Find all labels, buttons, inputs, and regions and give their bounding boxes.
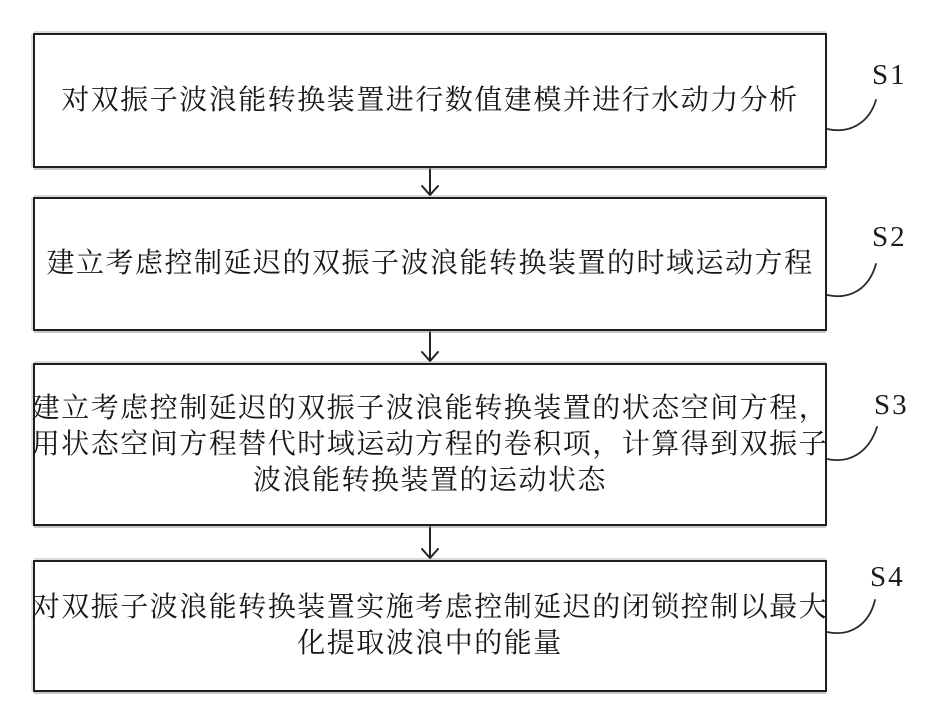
leader-line-s2 bbox=[827, 264, 876, 296]
flow-step-text: 建立考虑控制延迟的双振子波浪能转换装置的时域运动方程 bbox=[46, 246, 813, 282]
arrow-down-icon bbox=[422, 169, 438, 195]
patent-flowchart-figure: 对双振子波浪能转换装置进行数值建模并进行水动力分析 建立考虑控制延迟的双振子波浪… bbox=[0, 0, 925, 721]
flow-step-text: 对双振子波浪能转换装置实施考虑控制延迟的闭锁控制以最大 bbox=[32, 590, 829, 626]
flow-step-box-4: 对双振子波浪能转换装置实施考虑控制延迟的闭锁控制以最大 化提取波浪中的能量 bbox=[33, 560, 827, 692]
leader-line-s3 bbox=[827, 427, 877, 460]
flow-step-text: 建立考虑控制延迟的双振子波浪能转换装置的状态空间方程， bbox=[32, 391, 829, 427]
arrow-down-icon bbox=[422, 527, 438, 558]
flow-step-box-3: 建立考虑控制延迟的双振子波浪能转换装置的状态空间方程， 用状态空间方程替代时域运… bbox=[33, 363, 827, 526]
flow-step-text: 化提取波浪中的能量 bbox=[297, 626, 563, 662]
flow-step-text: 用状态空间方程替代时域运动方程的卷积项，计算得到双振子 bbox=[32, 427, 829, 463]
leader-line-s1 bbox=[827, 100, 876, 130]
step-label-s4: S4 bbox=[870, 561, 905, 594]
step-label-s2: S2 bbox=[872, 221, 907, 254]
flow-step-box-1: 对双振子波浪能转换装置进行数值建模并进行水动力分析 bbox=[33, 33, 827, 168]
flow-step-box-2: 建立考虑控制延迟的双振子波浪能转换装置的时域运动方程 bbox=[33, 197, 827, 331]
leader-line-s4 bbox=[827, 600, 875, 633]
flow-step-text: 对双振子波浪能转换装置进行数值建模并进行水动力分析 bbox=[61, 83, 799, 119]
flow-step-text: 波浪能转换装置的运动状态 bbox=[253, 463, 607, 499]
arrow-down-icon bbox=[422, 332, 438, 361]
step-label-s3: S3 bbox=[874, 389, 909, 422]
step-label-s1: S1 bbox=[872, 59, 907, 92]
